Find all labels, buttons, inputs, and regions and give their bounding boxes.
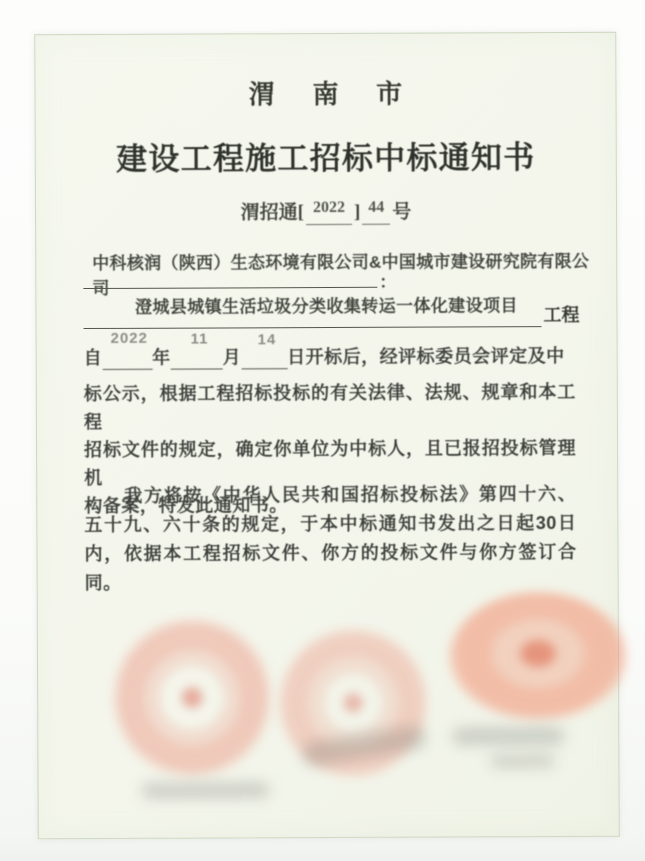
doc-number-year: 2022 — [313, 199, 345, 217]
recipient-colon: ： — [379, 268, 396, 293]
paragraph-line: 五十九、六十条的规定，于本中标通知书发出之日起30日 — [84, 509, 576, 540]
paragraph-line: 我方将按《中华人民共和国招标投标法》第四十六、 — [84, 480, 576, 511]
recipient-blank-line — [83, 271, 377, 289]
project-blank-line — [83, 306, 541, 329]
blurred-signature-smudge — [142, 782, 270, 799]
recipient-blank-row: ： — [83, 267, 443, 287]
date-line-rest: 日开标后，经评标委员会评定及中 — [287, 342, 565, 369]
blurred-signature-smudge — [452, 727, 564, 745]
project-blank-suffix: 工程 — [543, 301, 579, 327]
date-line-zi: 自 — [84, 344, 103, 370]
doc-number-serial: 44 — [368, 199, 384, 217]
red-oval-seal-right-icon — [449, 592, 628, 721]
blurred-signature-smudge — [490, 755, 554, 767]
month-blank-line — [171, 348, 223, 369]
doc-number-bracket-close: ] — [354, 202, 360, 223]
paragraph-line: 标公示，根据工程招标投标的有关法律、法规、规章和本工程 — [84, 378, 576, 436]
date-line-yue: 月 — [223, 343, 242, 369]
paragraph-line: 同。 — [85, 567, 577, 598]
doc-number-serial-blank: 44 — [362, 202, 390, 225]
bid-open-date-line: 自 年 月 日开标后，经评标委员会评定及中 — [84, 342, 576, 370]
scanned-photo: 渭南市 建设工程施工招标中标通知书 渭招通[2022]44号 中科核润（陕西）生… — [0, 0, 645, 861]
day-blank-line — [241, 348, 287, 369]
notice-page: 渭南市 建设工程施工招标中标通知书 渭招通[2022]44号 中科核润（陕西）生… — [34, 32, 620, 840]
date-line-nian: 年 — [152, 344, 171, 370]
year-blank-line — [102, 349, 152, 370]
project-blank-row: 工程 — [83, 305, 579, 329]
doc-number-suffix: 号 — [392, 202, 411, 223]
doc-number-prefix: 渭招通[ — [241, 202, 304, 223]
paragraph-line: 内，依据本工程招标文件、你方的投标文件与你方签订合 — [84, 538, 576, 569]
document-number: 渭招通[2022]44号 — [36, 196, 616, 227]
doc-number-year-blank: 2022 — [306, 202, 352, 225]
city-header: 渭南市 — [35, 73, 615, 113]
body-paragraph-2: 我方将按《中华人民共和国招标投标法》第四十六、 五十九、六十条的规定，于本中标通… — [84, 480, 577, 598]
red-round-seal-left-icon — [112, 617, 273, 778]
page-title: 建设工程施工招标中标通知书 — [36, 132, 616, 180]
